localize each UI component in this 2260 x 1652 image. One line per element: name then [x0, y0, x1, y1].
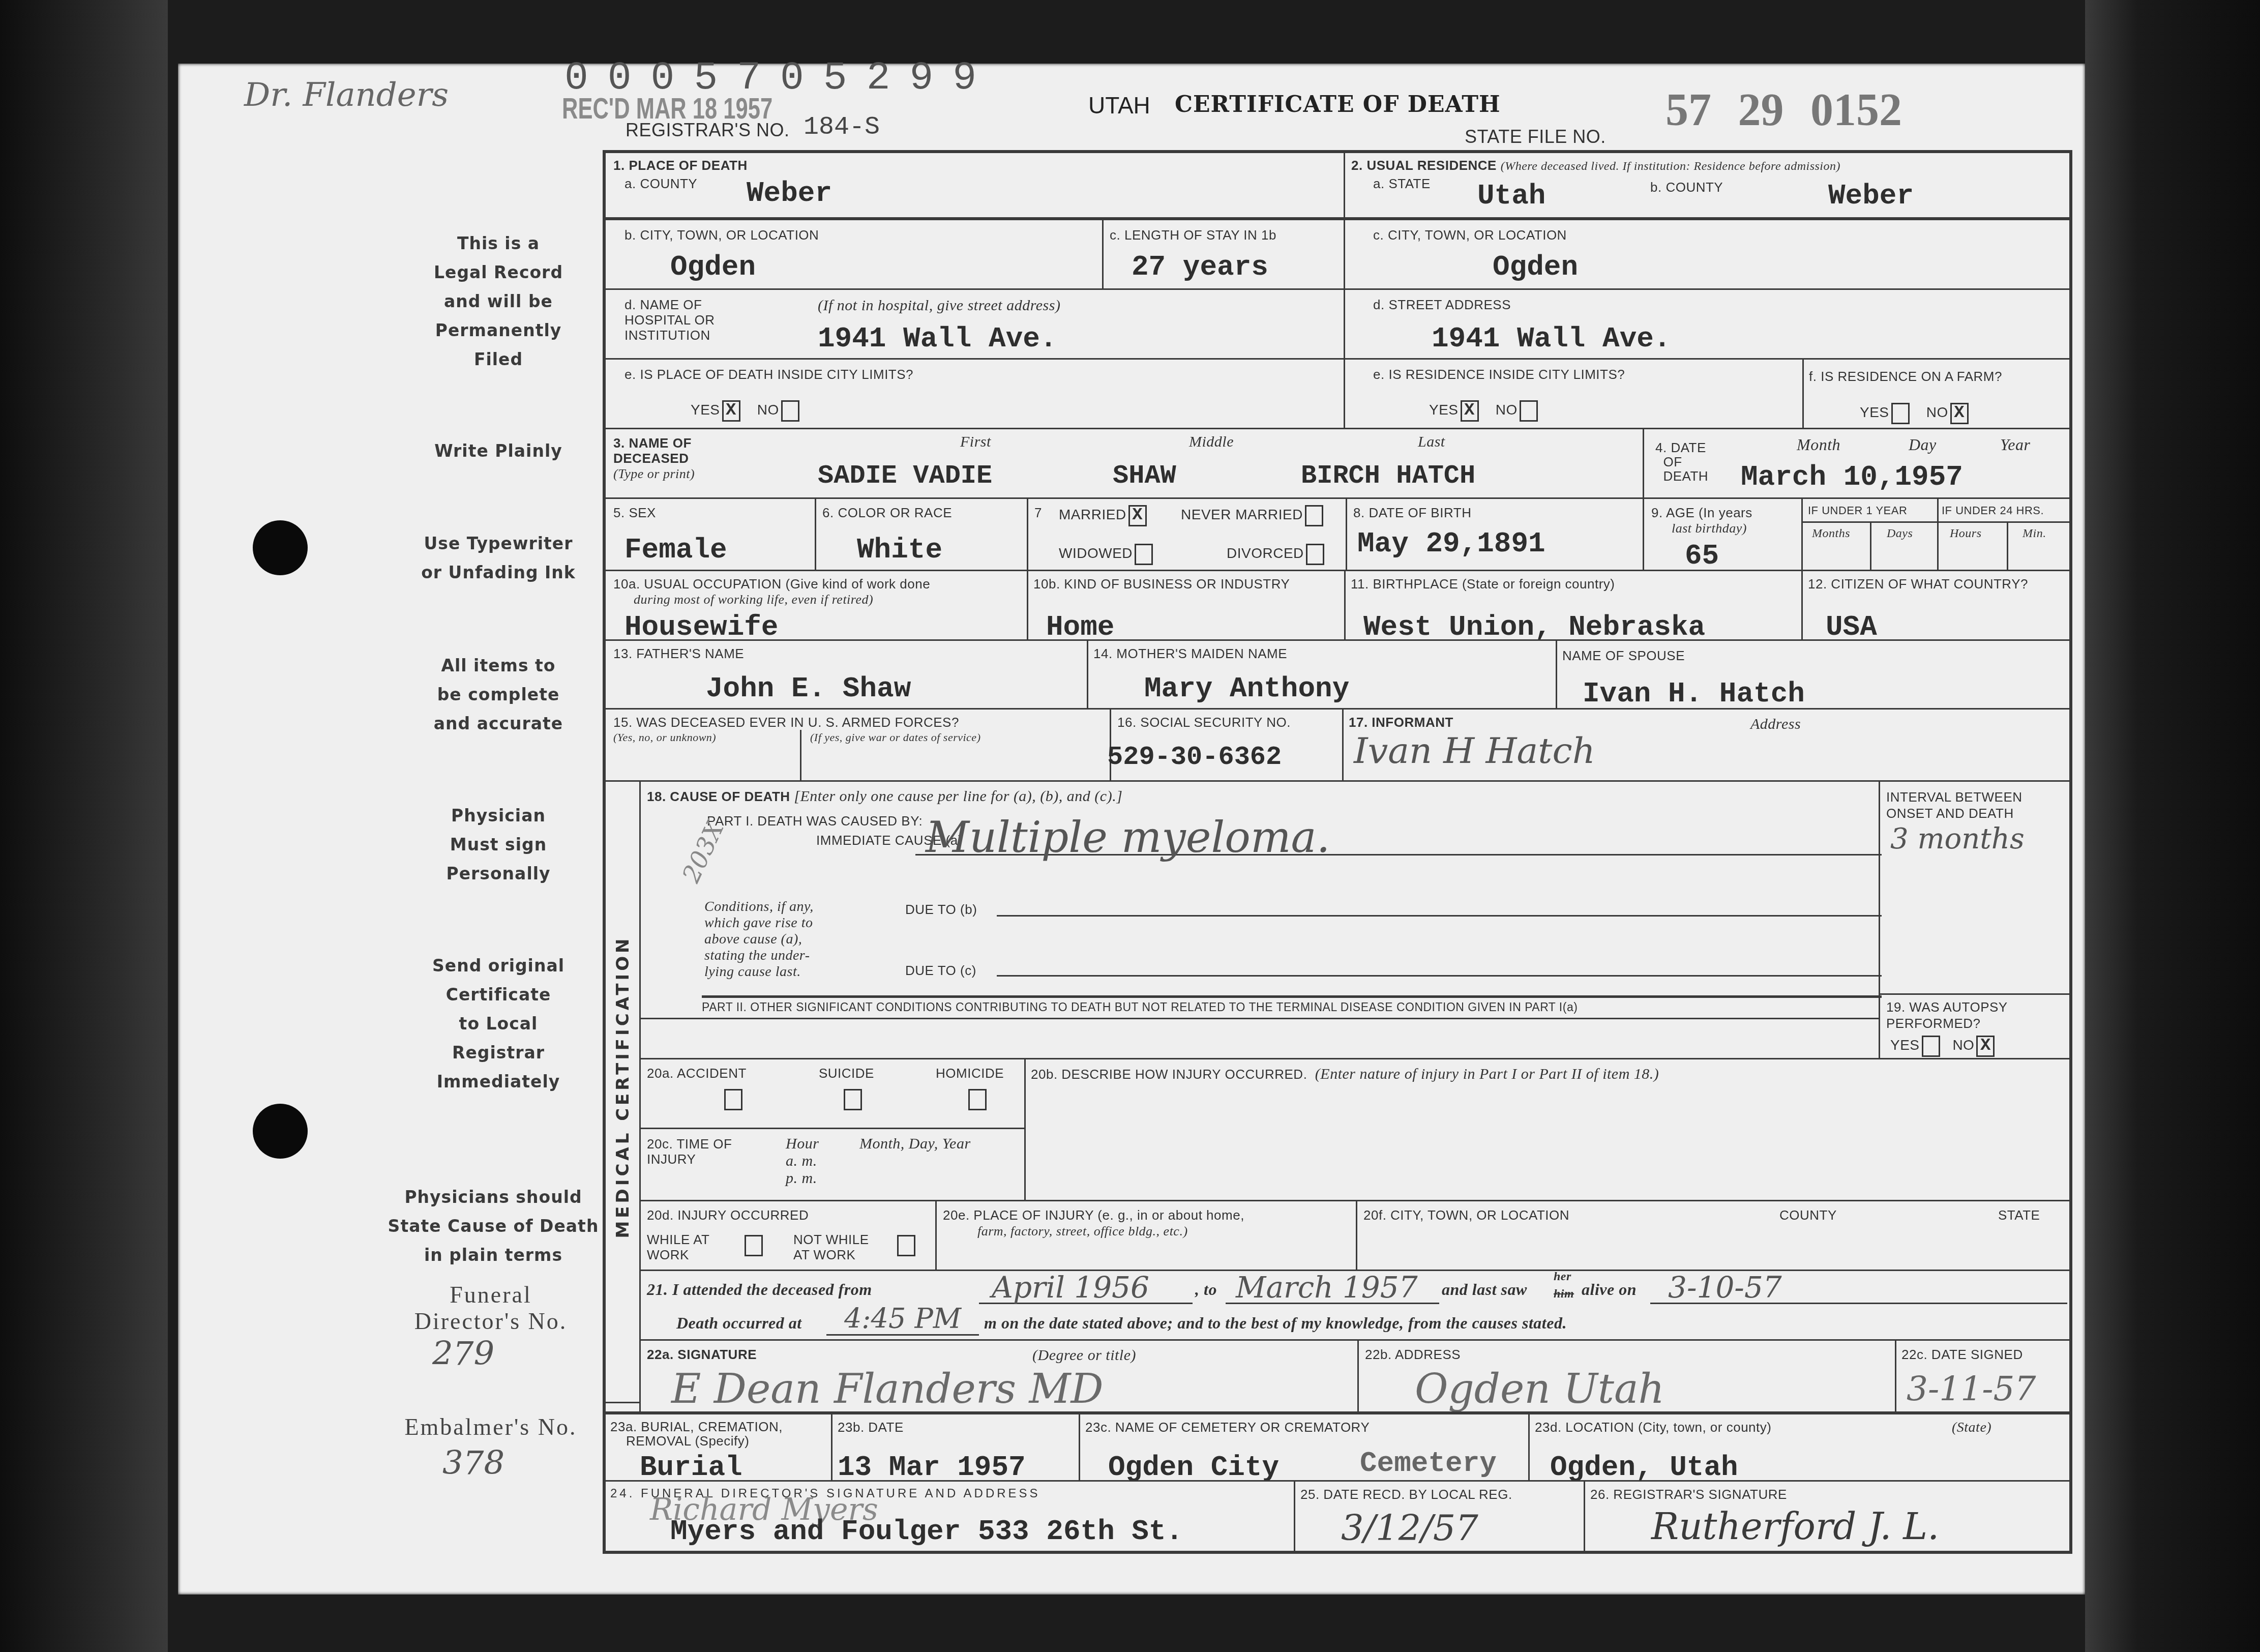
residence-city-limits-label: e. IS RESIDENCE INSIDE CITY LIMITS?: [1373, 367, 1625, 382]
field-residence-city[interactable]: c. CITY, TOWN, OR LOCATION Ogden: [1344, 219, 2072, 290]
field-time-of-injury[interactable]: 20c. TIME OF INJURY Hour a. m. p. m. Mon…: [639, 1128, 1026, 1201]
field-citizenship[interactable]: 12. CITIZEN OF WHAT COUNTRY? USA: [1801, 570, 2072, 641]
funeral-director-no: 279: [432, 1335, 494, 1373]
injury-occurred-label: 20d. INJURY OCCURRED: [647, 1207, 809, 1223]
date-of-death-label: 4. DATE OF DEATH: [1655, 440, 1708, 483]
field-residence-state-county[interactable]: 2. USUAL RESIDENCE (Where deceased lived…: [1344, 150, 2072, 219]
certificate-title: CERTIFICATE OF DEATH: [1175, 92, 1500, 117]
field-registrar-signature[interactable]: 26. REGISTRAR'S SIGNATURE Rutherford J. …: [1584, 1480, 2072, 1554]
sex-label: 5. SEX: [613, 505, 656, 521]
to-label: , to: [1195, 1280, 1217, 1299]
death-inside-city-yes-checkbox[interactable]: X: [722, 400, 740, 422]
under-1-year-header: IF UNDER 1 YEAR: [1801, 497, 1939, 523]
hour-label: Hour a. m. p. m.: [786, 1135, 819, 1187]
day-label: Day: [1909, 435, 1937, 454]
field-marital-status: 7 MARRIEDX NEVER MARRIED WIDOWED DIVORCE…: [1027, 497, 1347, 571]
field-interval[interactable]: INTERVAL BETWEEN ONSET AND DEATH 3 month…: [1879, 780, 2072, 995]
field-armed-forces[interactable]: 15. WAS DECEASED EVER IN U. S. ARMED FOR…: [603, 708, 1111, 782]
interval-label: INTERVAL BETWEEN ONSET AND DEATH: [1886, 789, 2023, 821]
residence-state-value: Utah: [1477, 180, 1545, 212]
last-name-label: Last: [1418, 433, 1445, 451]
field-death-county[interactable]: 1. PLACE OF DEATH a. COUNTY Weber: [603, 150, 1345, 219]
divider: [800, 730, 801, 781]
homicide-label: HOMICIDE: [936, 1066, 1004, 1081]
title-state: UTAH: [1088, 92, 1150, 119]
age-label: 9. AGE (In yearslast birthday): [1651, 505, 1752, 536]
death-city-value: Ogden: [670, 251, 756, 283]
field-father-name[interactable]: 13. FATHER'S NAME John E. Shaw: [603, 639, 1088, 710]
field-injury-at-work: 20d. INJURY OCCURRED WHILE AT WORK NOT W…: [639, 1200, 937, 1271]
him-label: him: [1554, 1287, 1574, 1301]
interval-value: 3 months: [1890, 822, 2025, 855]
funeral-director-value: Myers and Foulger 533 26th St.: [670, 1515, 1183, 1548]
field-age-hours[interactable]: Hours: [1937, 521, 2008, 571]
first-name-label: First: [960, 433, 991, 451]
ssn-label: 16. SOCIAL SECURITY NO.: [1117, 715, 1291, 730]
month-label: Month: [1797, 435, 1840, 454]
father-name-label: 13. FATHER'S NAME: [613, 646, 744, 662]
injury-county-label: COUNTY: [1779, 1207, 1837, 1223]
homicide-checkbox[interactable]: [968, 1089, 987, 1110]
sex-value: Female: [625, 534, 727, 566]
side-note-legal-record: This is a Legal Record and will be Perma…: [392, 229, 605, 374]
residence-farm-options: YES NOX: [1860, 403, 1969, 424]
residence-inside-city-yes-checkbox[interactable]: X: [1461, 400, 1479, 422]
deceased-name-label: 3. NAME OFDECEASED(Type or print): [613, 435, 695, 482]
field-manner-of-death: 20a. ACCIDENT SUICIDE HOMICIDE: [639, 1058, 1026, 1129]
never-married-option: NEVER MARRIED: [1181, 505, 1323, 526]
field-mother-name[interactable]: 14. MOTHER'S MAIDEN NAME Mary Anthony: [1087, 639, 1557, 710]
age-value: 65: [1685, 540, 1719, 572]
hospital-hint: (If not in hospital, give street address…: [818, 297, 1060, 314]
residence-county-value: Weber: [1828, 180, 1914, 212]
field-injury-description[interactable]: 20b. DESCRIBE HOW INJURY OCCURRED. (Ente…: [1024, 1058, 2072, 1201]
field-burial-type[interactable]: 23a. BURIAL, CREMATION, REMOVAL (Specify…: [603, 1413, 832, 1482]
field-burial-date[interactable]: 23b. DATE 13 Mar 1957: [831, 1413, 1080, 1482]
while-at-work-checkbox[interactable]: [745, 1235, 763, 1256]
death-city-limits-options: YESX NO: [691, 400, 799, 422]
death-city-label: b. CITY, TOWN, OR LOCATION: [625, 227, 819, 243]
residence-city-label: c. CITY, TOWN, OR LOCATION: [1373, 227, 1567, 243]
burial-location-label: 23d. LOCATION (City, town, or county): [1535, 1420, 1771, 1435]
injury-state-label: STATE: [1998, 1207, 2040, 1223]
field-informant[interactable]: 17. INFORMANT Address Ivan H Hatch: [1342, 708, 2072, 782]
residence-inside-city-no-checkbox[interactable]: [1520, 400, 1538, 422]
under-24-hrs-header: IF UNDER 24 HRS.: [1937, 497, 2072, 523]
cemetery-value: Ogden City: [1108, 1451, 1279, 1484]
field-race[interactable]: 6. COLOR OR RACE White: [815, 497, 1028, 571]
citizenship-label: 12. CITIZEN OF WHAT COUNTRY?: [1808, 576, 2028, 592]
degree-label: (Degree or title): [1032, 1347, 1136, 1364]
state-file-number: 57 29 0152: [1666, 84, 1902, 136]
date-signed-value: 3-11-57: [1907, 1369, 2036, 1408]
field-deceased-name[interactable]: 3. NAME OFDECEASED(Type or print) First …: [603, 428, 1644, 499]
attended-to-value: March 1957: [1236, 1270, 1418, 1305]
field-place-of-injury[interactable]: 20e. PLACE OF INJURY (e. g., in or about…: [935, 1200, 1357, 1271]
death-county-value: Weber: [747, 177, 832, 210]
last-saw-label: and last saw: [1442, 1280, 1527, 1299]
mother-name-label: 14. MOTHER'S MAIDEN NAME: [1093, 646, 1287, 662]
length-of-stay-value: 27 years: [1132, 251, 1268, 283]
punch-hole-icon: [253, 1104, 308, 1159]
due-to-b-line[interactable]: [997, 915, 1882, 917]
field-age[interactable]: 9. AGE (In yearslast birthday) 65: [1643, 497, 1803, 571]
field-injury-location[interactable]: 20f. CITY, TOWN, OR LOCATION COUNTY STAT…: [1356, 1200, 2072, 1271]
field-funeral-director[interactable]: 24. FUNERAL DIRECTOR'S SIGNATURE AND ADD…: [603, 1480, 1295, 1554]
informant-address-label: Address: [1750, 716, 1801, 733]
cemetery-value-2: Cemetery: [1360, 1447, 1497, 1480]
widowed-checkbox[interactable]: [1135, 544, 1153, 565]
usual-residence-title: 2. USUAL RESIDENCE (Where deceased lived…: [1351, 158, 1840, 173]
armed-forces-hint-2: (If yes, give war or dates of service): [810, 731, 980, 744]
married-option: MARRIEDX: [1059, 505, 1147, 526]
not-while-at-work-label: NOT WHILE AT WORK: [793, 1232, 869, 1262]
accident-label: 20a. ACCIDENT: [647, 1066, 747, 1081]
certifier-signature: E Dean Flanders MD: [671, 1365, 1104, 1412]
burial-date-label: 23b. DATE: [838, 1420, 904, 1435]
residence-street-label: d. STREET ADDRESS: [1373, 297, 1511, 313]
field-attendance[interactable]: 21. I attended the deceased from April 1…: [639, 1270, 2072, 1341]
field-burial-location[interactable]: 23d. LOCATION (City, town, or county) (S…: [1528, 1413, 2072, 1482]
residence-county-label: b. COUNTY: [1650, 180, 1723, 195]
embalmer-no: 378: [442, 1444, 504, 1482]
field-length-of-stay[interactable]: c. LENGTH OF STAY IN 1b 27 years: [1102, 219, 1345, 290]
mother-name-value: Mary Anthony: [1144, 672, 1349, 705]
field-residence-city-limits: e. IS RESIDENCE INSIDE CITY LIMITS? YESX…: [1344, 358, 1804, 429]
death-statement: m on the date stated above; and to the b…: [984, 1314, 1567, 1333]
field-occupation[interactable]: 10a. USUAL OCCUPATION (Give kind of work…: [603, 570, 1028, 641]
side-note-complete: All items to be complete and accurate: [392, 651, 605, 738]
date-of-death-value: March 10,1957: [1741, 461, 1963, 493]
cause-title: 18. CAUSE OF DEATH [Enter only one cause…: [647, 788, 1122, 805]
father-name-value: John E. Shaw: [706, 672, 911, 705]
her-label: her: [1554, 1270, 1571, 1284]
place-of-injury-hint: farm, factory, street, office bldg., etc…: [977, 1224, 1188, 1239]
attended-from-label: 21. I attended the deceased from: [647, 1280, 872, 1299]
attended-from-value: April 1956: [992, 1270, 1149, 1305]
describe-injury-label: 20b. DESCRIBE HOW INJURY OCCURRED. (Ente…: [1031, 1066, 1659, 1083]
due-to-c-line[interactable]: [997, 975, 1882, 977]
part2-divider: [702, 995, 1882, 998]
handwritten-note: Dr. Flanders: [244, 76, 449, 114]
field-autopsy: 19. WAS AUTOPSY PERFORMED? YES NOX: [1879, 993, 2072, 1059]
year-label: Year: [2000, 435, 2031, 454]
birthplace-value: West Union, Nebraska: [1363, 611, 1705, 643]
date-received-label: 25. DATE RECD. BY LOCAL REG.: [1300, 1487, 1512, 1502]
business-value: Home: [1046, 611, 1114, 643]
residence-state-label: a. STATE: [1373, 176, 1431, 192]
while-at-work-label: WHILE AT WORK: [647, 1232, 709, 1262]
first-name-value: SADIE VADIE: [818, 461, 992, 491]
race-value: White: [857, 534, 942, 566]
date-of-birth-value: May 29,1891: [1357, 527, 1545, 560]
suicide-label: SUICIDE: [819, 1066, 874, 1081]
residence-city-limits-options: YESX NO: [1429, 400, 1538, 422]
spouse-name-value: Ivan H. Hatch: [1583, 677, 1805, 710]
side-note-send-original: Send original Certificate to Local Regis…: [392, 951, 605, 1096]
alive-on-label: alive on: [1582, 1280, 1637, 1299]
part1-label: PART I. DEATH WAS CAUSED BY:: [707, 813, 923, 829]
medical-certification-band: MEDICAL CERTIFICATION: [603, 780, 641, 1403]
margin-code: 203X: [677, 817, 730, 887]
spouse-name-label: NAME OF SPOUSE: [1562, 648, 1685, 664]
due-to-c-label: DUE TO (c): [905, 963, 976, 979]
date-signed-label: 22c. DATE SIGNED: [1901, 1347, 2023, 1363]
death-occurred-at-label: Death occurred at: [676, 1314, 802, 1333]
autopsy-yes-checkbox[interactable]: [1922, 1036, 1940, 1057]
conditions-note: Conditions, if any, which gave rise to a…: [704, 899, 814, 980]
burial-date-value: 13 Mar 1957: [838, 1451, 1026, 1484]
place-of-injury-label: 20e. PLACE OF INJURY (e. g., in or about…: [943, 1207, 1244, 1223]
burial-state-label: (State): [1952, 1420, 1991, 1436]
field-certifier-signature[interactable]: 22a. SIGNATURE (Degree or title) E Dean …: [639, 1339, 1359, 1413]
autopsy-no-checkbox[interactable]: X: [1976, 1036, 1995, 1057]
field-certifier-address[interactable]: 22b. ADDRESS Ogden Utah: [1357, 1339, 1896, 1413]
burial-location-value: Ogden, Utah: [1550, 1451, 1738, 1484]
field-cause-of-death[interactable]: 18. CAUSE OF DEATH [Enter only one cause…: [639, 780, 1880, 1019]
burial-type-label: 23a. BURIAL, CREMATION, REMOVAL (Specify…: [610, 1420, 783, 1448]
divorced-checkbox[interactable]: [1306, 544, 1324, 565]
registrar-signature-label: 26. REGISTRAR'S SIGNATURE: [1590, 1487, 1787, 1502]
certifier-address-label: 22b. ADDRESS: [1365, 1347, 1461, 1363]
death-city-limits-label: e. IS PLACE OF DEATH INSIDE CITY LIMITS?: [625, 367, 913, 382]
death-county-label: a. COUNTY: [625, 176, 697, 192]
side-note-cause-plain-terms: Physicians should State Cause of Death i…: [386, 1183, 600, 1270]
field-date-of-birth[interactable]: 8. DATE OF BIRTH May 29,1891: [1346, 497, 1644, 571]
registrars-no-label: REGISTRAR'S NO.: [626, 120, 789, 141]
never-married-checkbox[interactable]: [1305, 505, 1323, 526]
certifier-address-value: Ogden Utah: [1415, 1365, 1664, 1412]
not-while-at-work-checkbox[interactable]: [897, 1235, 915, 1256]
field-birthplace[interactable]: 11. BIRTHPLACE (State or foreign country…: [1344, 570, 1803, 641]
date-received-value: 3/12/57: [1341, 1507, 1478, 1549]
farm-yes-checkbox[interactable]: [1891, 403, 1910, 424]
field-age-months[interactable]: Months: [1801, 521, 1871, 571]
side-note-typewriter: Use Typewriter or Unfading Ink: [392, 529, 605, 587]
immediate-cause-value: Multiple myeloma.: [926, 812, 1330, 862]
death-inside-city-no-checkbox[interactable]: [781, 400, 799, 422]
part2-label: PART II. OTHER SIGNIFICANT CONDITIONS CO…: [702, 1000, 1578, 1014]
field-death-city[interactable]: b. CITY, TOWN, OR LOCATION Ogden: [603, 219, 1104, 290]
scan-background-left: [0, 0, 168, 1652]
middle-name-value: SHAW: [1113, 461, 1176, 491]
signature-label: 22a. SIGNATURE: [647, 1347, 757, 1363]
divorced-option: DIVORCED: [1227, 544, 1324, 565]
residence-city-value: Ogden: [1493, 251, 1578, 283]
armed-forces-label: 15. WAS DECEASED EVER IN U. S. ARMED FOR…: [613, 715, 959, 730]
citizenship-value: USA: [1826, 611, 1877, 643]
state-file-no-label: STATE FILE NO.: [1465, 126, 1606, 147]
occupation-label: 10a. USUAL OCCUPATION (Give kind of work…: [613, 576, 930, 607]
registrar-signature: Rutherford J. L.: [1651, 1505, 1939, 1548]
field-residence-farm: f. IS RESIDENCE ON A FARM? YES NOX: [1802, 358, 2072, 429]
side-note-physician-sign: Physician Must sign Personally: [392, 801, 605, 888]
widowed-option: WIDOWED: [1059, 544, 1153, 565]
last-name-value: BIRCH HATCH: [1301, 461, 1475, 491]
field-business[interactable]: 10b. KIND OF BUSINESS OR INDUSTRY Home: [1027, 570, 1346, 641]
embalmer-no-label: Embalmer's No.: [379, 1414, 603, 1440]
hospital-label: d. NAME OFHOSPITAL ORINSTITUTION: [625, 297, 715, 343]
scan-background-right: [2085, 0, 2260, 1652]
injury-city-label: 20f. CITY, TOWN, OR LOCATION: [1363, 1207, 1569, 1223]
middle-name-label: Middle: [1189, 433, 1234, 451]
time-of-injury-label: 20c. TIME OF INJURY: [647, 1136, 732, 1167]
informant-label: 17. INFORMANT: [1349, 715, 1453, 730]
married-checkbox[interactable]: X: [1128, 505, 1147, 526]
date-of-birth-label: 8. DATE OF BIRTH: [1353, 505, 1471, 521]
cemetery-label: 23c. NAME OF CEMETERY OR CREMATORY: [1085, 1420, 1370, 1435]
place-of-death-title: 1. PLACE OF DEATH: [613, 158, 748, 173]
ssn-value: 529-30-6362: [1107, 742, 1282, 772]
field-date-received[interactable]: 25. DATE RECD. BY LOCAL REG. 3/12/57: [1294, 1480, 1585, 1554]
birthplace-label: 11. BIRTHPLACE (State or foreign country…: [1351, 576, 1615, 592]
occupation-value: Housewife: [625, 611, 778, 643]
punch-hole-icon: [253, 520, 308, 575]
mdy-label: Month, Day, Year: [859, 1135, 971, 1153]
field-sex[interactable]: 5. SEX Female: [603, 497, 816, 571]
medical-certification-label: MEDICAL CERTIFICATION: [613, 789, 633, 1384]
informant-signature: Ivan H Hatch: [1354, 730, 1595, 772]
field-age-minutes[interactable]: Min.: [2007, 521, 2072, 571]
field-ssn[interactable]: 16. SOCIAL SECURITY NO. 529-30-6362: [1110, 708, 1344, 782]
alive-on-value: 3-10-57: [1668, 1270, 1782, 1305]
side-note-write-plainly: Write Plainly: [392, 436, 605, 465]
autopsy-label: 19. WAS AUTOPSY PERFORMED?: [1886, 999, 2008, 1031]
field-death-city-limits: e. IS PLACE OF DEATH INSIDE CITY LIMITS?…: [603, 358, 1345, 429]
death-time-value: 4:45 PM: [844, 1303, 961, 1335]
field-residence-street[interactable]: d. STREET ADDRESS 1941 Wall Ave.: [1344, 288, 2072, 360]
residence-street-value: 1941 Wall Ave.: [1432, 322, 1671, 355]
funeral-director-no-label: Funeral Director's No.: [379, 1282, 603, 1335]
field-date-of-death[interactable]: 4. DATE OF DEATH Month Day Year March 10…: [1643, 428, 2072, 499]
hospital-value: 1941 Wall Ave.: [818, 322, 1057, 355]
field-age-days[interactable]: Days: [1870, 521, 1939, 571]
residence-farm-label: f. IS RESIDENCE ON A FARM?: [1809, 369, 2002, 385]
armed-forces-hint-1: (Yes, no, or unknown): [613, 731, 716, 744]
field-hospital[interactable]: d. NAME OFHOSPITAL ORINSTITUTION (If not…: [603, 288, 1345, 360]
burial-type-value: Burial: [640, 1451, 742, 1484]
farm-no-checkbox[interactable]: X: [1950, 403, 1969, 424]
marital-number: 7: [1034, 505, 1042, 521]
field-cemetery[interactable]: 23c. NAME OF CEMETERY OR CREMATORY Ogden…: [1079, 1413, 1530, 1482]
length-of-stay-label: c. LENGTH OF STAY IN 1b: [1110, 227, 1276, 243]
suicide-checkbox[interactable]: [844, 1089, 862, 1110]
autopsy-options: YES NOX: [1890, 1036, 1995, 1057]
race-label: 6. COLOR OR RACE: [822, 505, 952, 521]
accident-checkbox[interactable]: [724, 1089, 742, 1110]
field-spouse-name[interactable]: NAME OF SPOUSE Ivan H. Hatch: [1556, 639, 2072, 710]
registrars-no: 184-S: [804, 113, 880, 142]
business-label: 10b. KIND OF BUSINESS OR INDUSTRY: [1033, 576, 1290, 592]
field-date-signed[interactable]: 22c. DATE SIGNED 3-11-57: [1895, 1339, 2072, 1413]
due-to-b-label: DUE TO (b): [905, 902, 977, 918]
